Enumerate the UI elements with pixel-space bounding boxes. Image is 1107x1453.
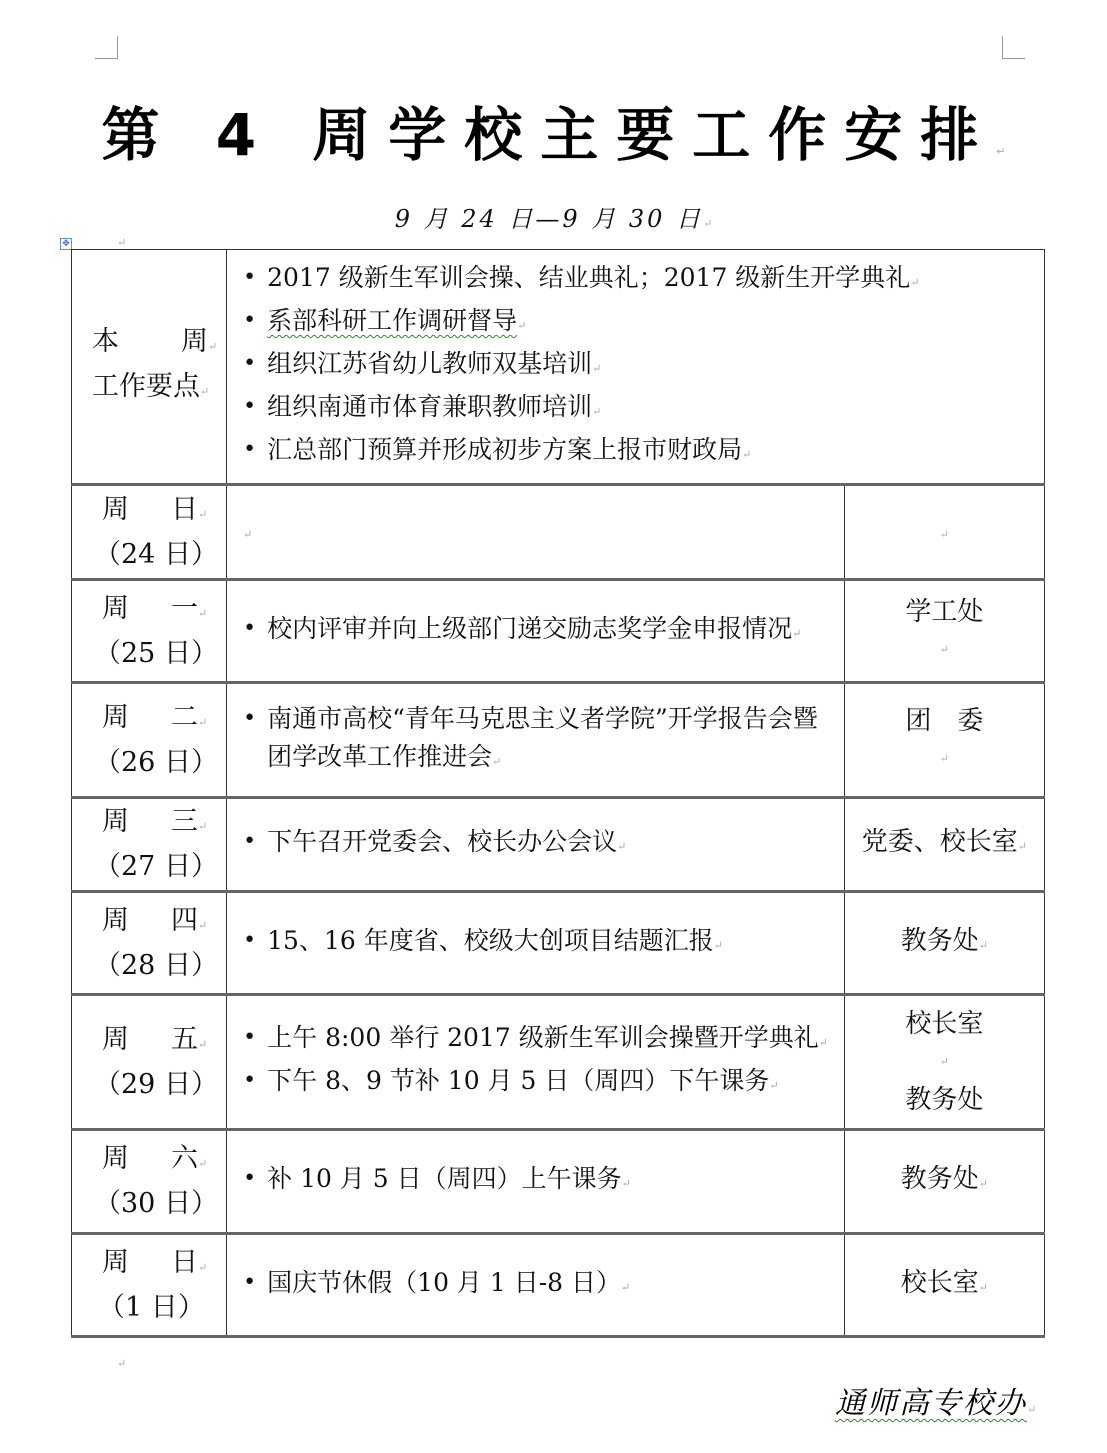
focus-item: 汇总部门预算并形成初步方案上报市财政局↵ (243, 431, 1036, 474)
day-items: 15、16 年度省、校级大创项目结题汇报↵ (227, 892, 845, 995)
schedule-item: 校内评审并向上级部门递交励志奖学金申报情况↵ (243, 610, 836, 653)
day-label: 周五↵ （29 日） (72, 995, 227, 1130)
day-label: 周日↵ （1 日） (72, 1234, 227, 1337)
date-range: 9 月 24 日—9 月 30 日↵ (0, 199, 1107, 234)
day-dept: ↵ (844, 485, 1044, 580)
page-corner-mark-right (1002, 36, 1025, 59)
schedule-item: 下午 8、9 节补 10 月 5 日（周四）下午课务↵ (243, 1062, 836, 1105)
schedule-row: 周日↵ （24 日） ↵ ↵ (72, 485, 1045, 580)
day-dept: 学工处↵ (844, 580, 1044, 683)
schedule-row: 周五↵ （29 日） 上午 8:00 举行 2017 级新生军训会操暨开学典礼↵… (72, 995, 1045, 1130)
schedule-row: 周四↵ （28 日） 15、16 年度省、校级大创项目结题汇报↵ 教务处↵ (72, 892, 1045, 995)
day-dept: 校长室 ↵ 教务处 (844, 995, 1044, 1130)
day-dept: 教务处↵ (844, 892, 1044, 995)
schedule-item: 15、16 年度省、校级大创项目结题汇报↵ (243, 922, 836, 965)
day-label: 周六↵ （30 日） (72, 1130, 227, 1234)
day-dept: 校长室↵ (844, 1234, 1044, 1337)
schedule-row: 周二↵ （26 日） 南通市高校“青年马克思主义者学院”开学报告会暨团学改革工作… (72, 683, 1045, 798)
day-dept: 团 委↵ (844, 683, 1044, 798)
day-items: ↵ (227, 485, 845, 580)
signature: 通师高专校办↵ (835, 1378, 1036, 1422)
focus-item: 组织南通市体育兼职教师培训↵ (243, 388, 1036, 431)
day-dept: 教务处↵ (844, 1130, 1044, 1234)
document-title: 第 4 周学校主要工作安排↵ (0, 88, 1107, 172)
schedule-row: 周日↵ （1 日） 国庆节休假（10 月 1 日-8 日）↵ 校长室↵ (72, 1234, 1045, 1337)
schedule-table: 本周↵ 工作要点↵ 2017 级新生军训会操、结业典礼；2017 级新生开学典礼… (71, 249, 1045, 1338)
day-label: 周二↵ （26 日） (72, 683, 227, 798)
day-label: 周三↵ （27 日） (72, 798, 227, 892)
focus-item: 组织江苏省幼儿教师双基培训↵ (243, 345, 1036, 388)
page-corner-mark-left (95, 36, 118, 59)
focus-item: 系部科研工作调研督导↵ (243, 302, 1036, 345)
day-items: 上午 8:00 举行 2017 级新生军训会操暨开学典礼↵ 下午 8、9 节补 … (227, 995, 845, 1130)
schedule-item: 南通市高校“青年马克思主义者学院”开学报告会暨团学改革工作推进会↵ (243, 700, 836, 781)
schedule-item: 补 10 月 5 日（周四）上午课务↵ (243, 1160, 836, 1203)
weekly-focus-label: 本周↵ 工作要点↵ (72, 250, 227, 485)
day-items: 南通市高校“青年马克思主义者学院”开学报告会暨团学改革工作推进会↵ (227, 683, 845, 798)
schedule-row: 周一↵ （25 日） 校内评审并向上级部门递交励志奖学金申报情况↵ 学工处↵ (72, 580, 1045, 683)
schedule-item: 下午召开党委会、校长办公会议↵ (243, 823, 836, 866)
document-page: 第 4 周学校主要工作安排↵ 9 月 24 日—9 月 30 日↵ ✥ ↵ 本周… (0, 0, 1107, 1453)
paragraph-mark: ↵ (117, 1357, 126, 1370)
day-dept: 党委、校长室↵ (844, 798, 1044, 892)
day-label: 周一↵ （25 日） (72, 580, 227, 683)
weekly-focus-items: 2017 级新生军训会操、结业典礼；2017 级新生开学典礼↵ 系部科研工作调研… (227, 250, 1045, 485)
day-items: 校内评审并向上级部门递交励志奖学金申报情况↵ (227, 580, 845, 683)
day-label: 周日↵ （24 日） (72, 485, 227, 580)
schedule-item: 上午 8:00 举行 2017 级新生军训会操暨开学典礼↵ (243, 1019, 836, 1062)
focus-item: 2017 级新生军训会操、结业典礼；2017 级新生开学典礼↵ (243, 259, 1036, 302)
weekly-focus-row: 本周↵ 工作要点↵ 2017 级新生军训会操、结业典礼；2017 级新生开学典礼… (72, 250, 1045, 485)
day-items: 下午召开党委会、校长办公会议↵ (227, 798, 845, 892)
day-items: 国庆节休假（10 月 1 日-8 日）↵ (227, 1234, 845, 1337)
schedule-row: 周三↵ （27 日） 下午召开党委会、校长办公会议↵ 党委、校长室↵ (72, 798, 1045, 892)
day-items: 补 10 月 5 日（周四）上午课务↵ (227, 1130, 845, 1234)
schedule-item: 国庆节休假（10 月 1 日-8 日）↵ (243, 1264, 836, 1307)
paragraph-mark: ↵ (117, 236, 126, 249)
day-label: 周四↵ （28 日） (72, 892, 227, 995)
schedule-row: 周六↵ （30 日） 补 10 月 5 日（周四）上午课务↵ 教务处↵ (72, 1130, 1045, 1234)
